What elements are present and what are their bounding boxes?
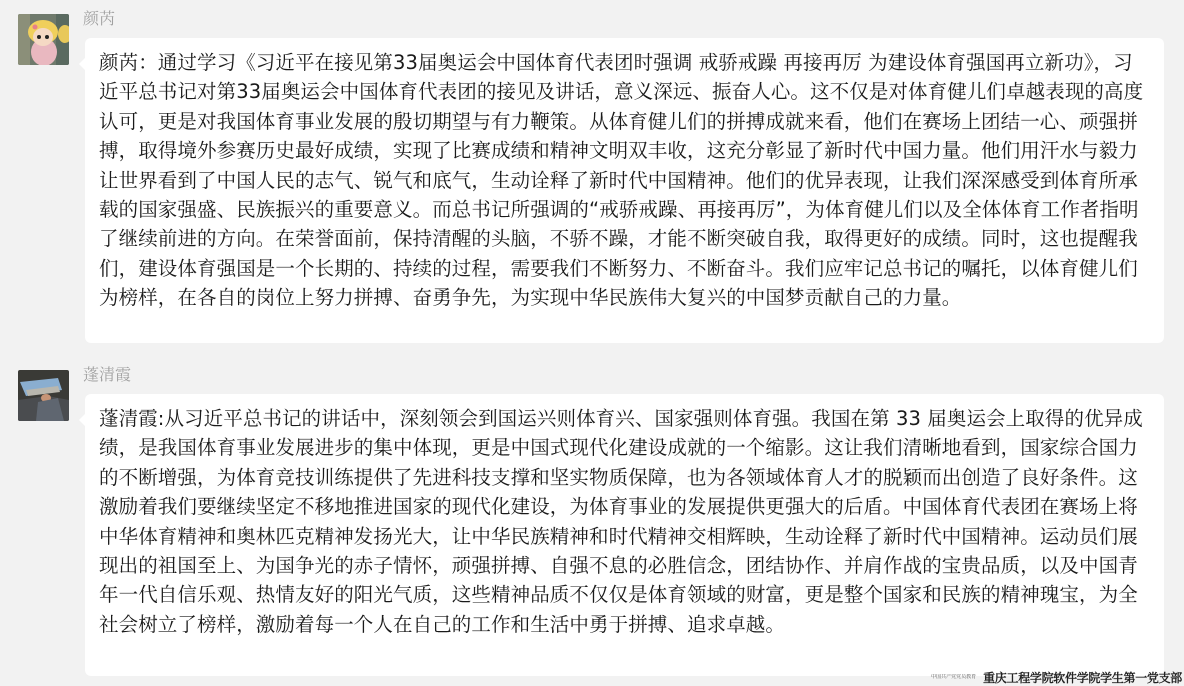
message-bubble[interactable]: 蓬清霞:从习近平总书记的讲话中，深刻领会到国运兴则体育兴、国家强则体育强。我国在… (85, 394, 1164, 676)
avatar-car-window-photo-icon[interactable] (18, 370, 69, 421)
watermark-text: 重庆工程学院软件学院学生第一党支部 (983, 669, 1182, 686)
watermark-subtitle: 中国共产党党员教育 (931, 674, 981, 680)
sender-name: 颜芮 (83, 9, 115, 29)
avatar-cartoon-girl-icon[interactable] (18, 14, 69, 65)
chat-history: 颜芮 颜芮：通过学习《习近平在接见第33届奥运会中国体育代表团时强调 戒骄戒躁 … (0, 0, 1184, 686)
chat-message: 颜芮 颜芮：通过学习《习近平在接见第33届奥运会中国体育代表团时强调 戒骄戒躁 … (0, 0, 1184, 350)
chat-message: 蓬清霞 蓬清霞:从习近平总书记的讲话中，深刻领会到国运兴则体育兴、国家强则体育强… (0, 350, 1184, 680)
watermark: 中国共产党党员教育 重庆工程学院软件学院学生第一党支部 (931, 668, 1182, 686)
message-bubble[interactable]: 颜芮：通过学习《习近平在接见第33届奥运会中国体育代表团时强调 戒骄戒躁 再接再… (85, 38, 1164, 343)
message-text: 蓬清霞:从习近平总书记的讲话中，深刻领会到国运兴则体育兴、国家强则体育强。我国在… (99, 404, 1150, 639)
message-text: 颜芮：通过学习《习近平在接见第33届奥运会中国体育代表团时强调 戒骄戒躁 再接再… (99, 48, 1150, 313)
sender-name: 蓬清霞 (83, 365, 131, 385)
